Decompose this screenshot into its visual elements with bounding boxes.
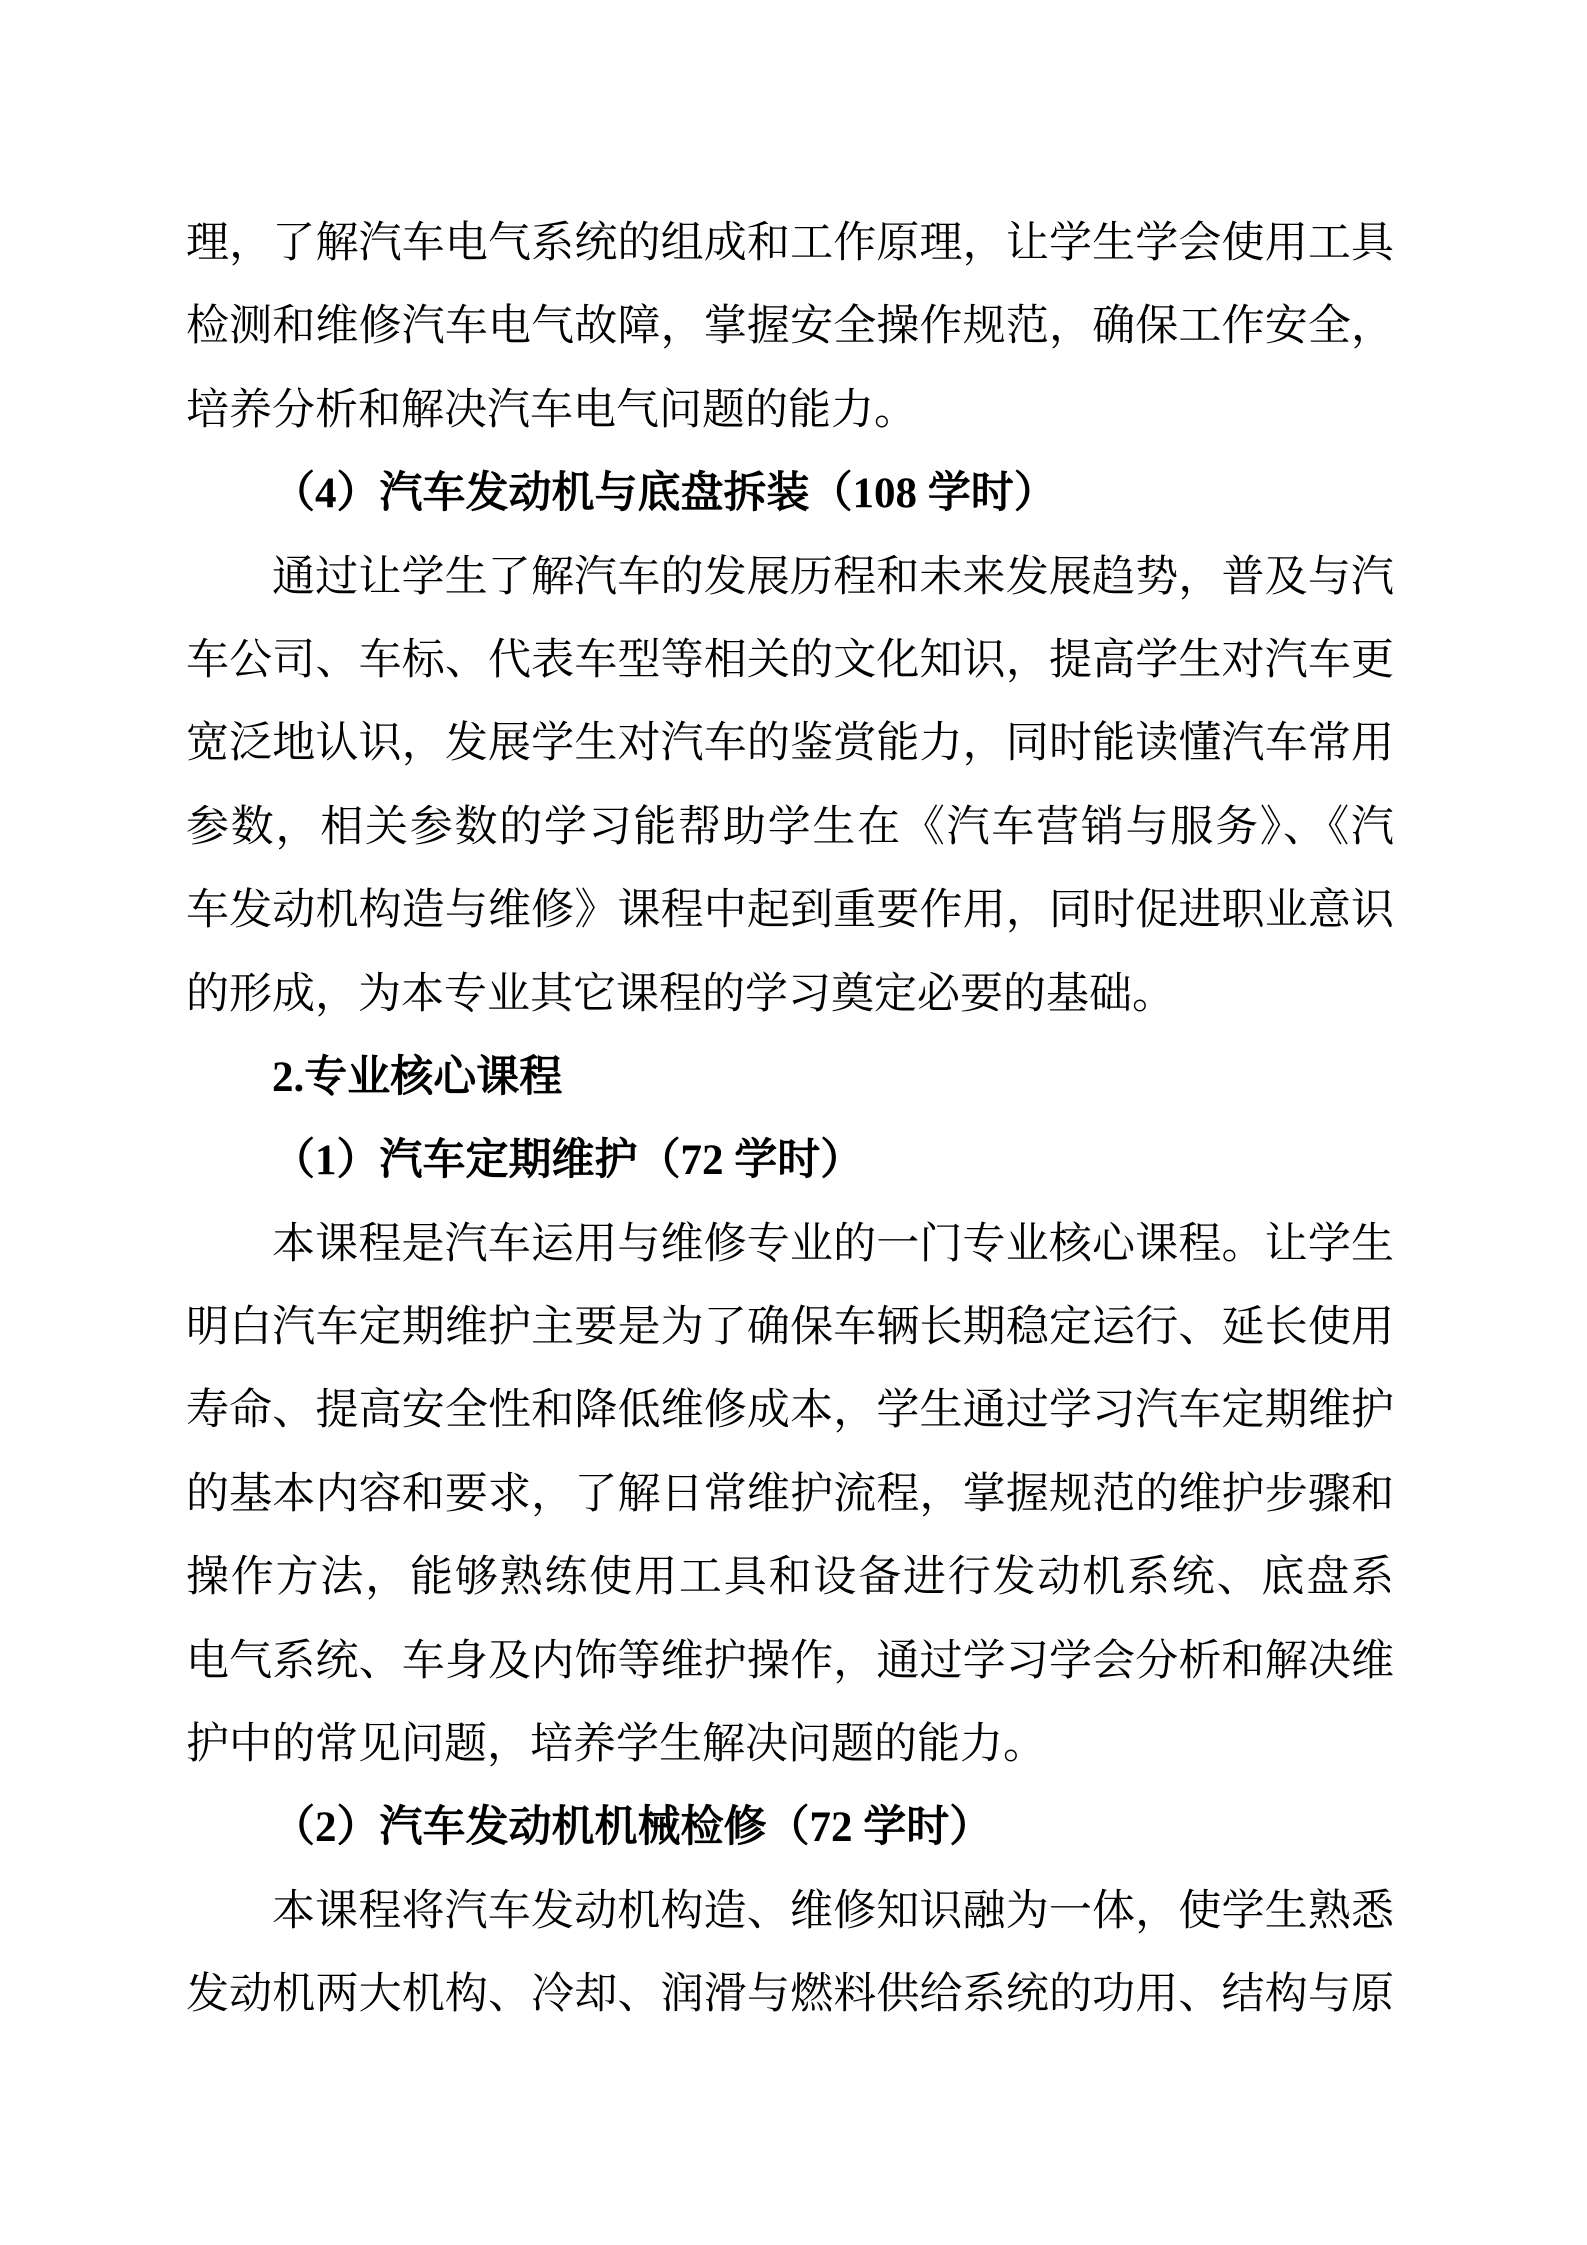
text-line: 检测和维修汽车电气故障，掌握安全操作规范，确保工作安全， bbox=[186, 285, 1394, 368]
text-line: 操作方法，能够熟练使用工具和设备进行发动机系统、底盘系统、 bbox=[186, 1536, 1394, 1619]
section-heading: （1）汽车定期维护（72 学时） bbox=[186, 1119, 1394, 1202]
body-paragraph: 本课程将汽车发动机构造、维修知识融为一体，使学生熟悉发动机两大机构、冷却、润滑与… bbox=[186, 1870, 1394, 2037]
text-line: 护中的常见问题，培养学生解决问题的能力。 bbox=[186, 1703, 1394, 1786]
document-text-column: 理，了解汽车电气系统的组成和工作原理，让学生学会使用工具检测和维修汽车电气故障，… bbox=[186, 202, 1394, 2037]
section-heading: （4）汽车发动机与底盘拆装（108 学时） bbox=[186, 452, 1394, 535]
text-line: 明白汽车定期维护主要是为了确保车辆长期稳定运行、延长使用 bbox=[186, 1286, 1394, 1369]
section-heading: （2）汽车发动机机械检修（72 学时） bbox=[186, 1786, 1394, 1869]
text-line: 2.专业核心课程 bbox=[186, 1036, 1394, 1119]
text-line: 理，了解汽车电气系统的组成和工作原理，让学生学会使用工具 bbox=[186, 202, 1394, 285]
text-line: 培养分析和解决汽车电气问题的能力。 bbox=[186, 369, 1394, 452]
body-paragraph: 通过让学生了解汽车的发展历程和未来发展趋势，普及与汽车公司、车标、代表车型等相关… bbox=[186, 536, 1394, 1036]
text-line: 的基本内容和要求，了解日常维护流程，掌握规范的维护步骤和 bbox=[186, 1453, 1394, 1536]
text-line: 车公司、车标、代表车型等相关的文化知识，提高学生对汽车更 bbox=[186, 619, 1394, 702]
section-heading: 2.专业核心课程 bbox=[186, 1036, 1394, 1119]
text-line: 参数，相关参数的学习能帮助学生在《汽车营销与服务》、《汽 bbox=[186, 786, 1394, 869]
text-line: （2）汽车发动机机械检修（72 学时） bbox=[186, 1786, 1394, 1869]
text-line: 本课程是汽车运用与维修专业的一门专业核心课程。让学生 bbox=[186, 1203, 1394, 1286]
text-line: 的形成，为本专业其它课程的学习奠定必要的基础。 bbox=[186, 953, 1394, 1036]
body-paragraph: 本课程是汽车运用与维修专业的一门专业核心课程。让学生明白汽车定期维护主要是为了确… bbox=[186, 1203, 1394, 1787]
text-line: 车发动机构造与维修》课程中起到重要作用，同时促进职业意识 bbox=[186, 869, 1394, 952]
text-line: 宽泛地认识，发展学生对汽车的鉴赏能力，同时能读懂汽车常用 bbox=[186, 702, 1394, 785]
body-paragraph: 理，了解汽车电气系统的组成和工作原理，让学生学会使用工具检测和维修汽车电气故障，… bbox=[186, 202, 1394, 452]
text-line: 本课程将汽车发动机构造、维修知识融为一体，使学生熟悉 bbox=[186, 1870, 1394, 1953]
text-line: 电气系统、车身及内饰等维护操作，通过学习学会分析和解决维 bbox=[186, 1620, 1394, 1703]
text-line: （4）汽车发动机与底盘拆装（108 学时） bbox=[186, 452, 1394, 535]
text-line: 发动机两大机构、冷却、润滑与燃料供给系统的功用、结构与原 bbox=[186, 1953, 1394, 2036]
document-page: 理，了解汽车电气系统的组成和工作原理，让学生学会使用工具检测和维修汽车电气故障，… bbox=[0, 0, 1587, 2245]
text-line: 通过让学生了解汽车的发展历程和未来发展趋势，普及与汽 bbox=[186, 536, 1394, 619]
text-line: （1）汽车定期维护（72 学时） bbox=[186, 1119, 1394, 1202]
text-line: 寿命、提高安全性和降低维修成本，学生通过学习汽车定期维护 bbox=[186, 1369, 1394, 1452]
